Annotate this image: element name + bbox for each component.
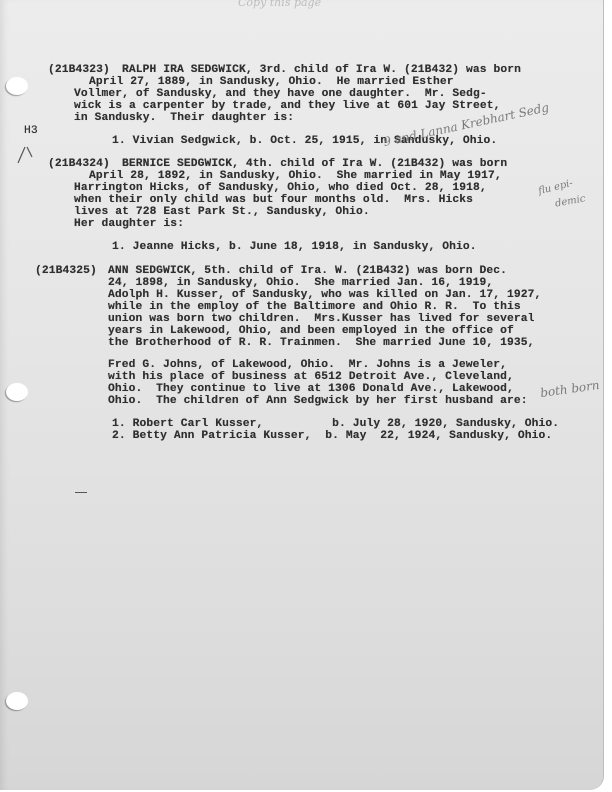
handwritten-header: Copy this page xyxy=(238,0,321,9)
entry-line: Her daughter is: xyxy=(74,218,184,230)
entry-line: Ohio. They continue to live at 1306 Dona… xyxy=(108,383,514,395)
entry-line: with his place of business at 6512 Detro… xyxy=(108,371,514,383)
punch-hole-bottom xyxy=(6,692,28,710)
handwritten-note: demic xyxy=(554,193,586,209)
entry-line: ANN SEDGWICK, 5th. child of Ira. W. (21B… xyxy=(108,265,507,277)
handwritten-note: both born xyxy=(539,378,600,400)
entry-line: union was born two children. Mrs.Kusser … xyxy=(108,313,535,325)
entry-line: RALPH IRA SEDGWICK, 3rd. child of Ira W.… xyxy=(122,64,521,76)
entry-line: Vollmer, of Sandusky, and they have one … xyxy=(74,88,487,100)
margin-note-h3: H3 xyxy=(24,125,38,137)
child-line: 1. Jeanne Hicks, b. June 18, 1918, in Sa… xyxy=(112,241,477,253)
entry-line: wick is a carpenter by trade, and they l… xyxy=(74,100,501,112)
entry-id: (21B4325) xyxy=(35,265,97,277)
entry-line: Fred G. Johns, of Lakewood, Ohio. Mr. Jo… xyxy=(108,359,507,371)
entry-line: lives at 728 East Park St., Sandusky, Oh… xyxy=(74,206,370,218)
entry-line: when their only child was but four month… xyxy=(74,194,473,206)
caret-mark-icon xyxy=(15,143,45,165)
document-page: Copy this page H3 (21B4323) RALPH IRA SE… xyxy=(0,0,604,790)
punch-hole-middle xyxy=(6,383,28,401)
entry-line: 24, 1898, in Sandusky, Ohio. She married… xyxy=(108,277,493,289)
entry-line: the Brotherhood of R. R. Trainmen. She m… xyxy=(108,337,535,349)
entry-id: (21B4324) xyxy=(48,158,110,170)
punch-hole-top xyxy=(6,77,28,95)
entry-line: April 28, 1892, in Sandusky, Ohio. She m… xyxy=(89,170,502,182)
entry-line: April 27, 1889, in Sandusky, Ohio. He ma… xyxy=(89,76,454,88)
entry-line: Harrington Hicks, of Sandusky, Ohio, who… xyxy=(74,182,487,194)
handwritten-note: flu epi- xyxy=(537,178,574,197)
child-line: 1. Robert Carl Kusser, b. July 28, 1920,… xyxy=(112,418,559,430)
child-line: 2. Betty Ann Patricia Kusser, b. May 22,… xyxy=(112,430,552,442)
entry-line: years in Lakewood, Ohio, and been employ… xyxy=(108,325,514,337)
entry-line: BERNICE SEDGWICK, 4th. child of Ira W. (… xyxy=(122,158,507,170)
entry-line: in Sandusky. Their daughter is: xyxy=(74,112,294,124)
entry-line: Adolph H. Kusser, of Sandusky, who was k… xyxy=(108,289,541,301)
entry-id: (21B4323) xyxy=(48,64,110,76)
entry-line: while in the employ of the Baltimore and… xyxy=(108,301,521,313)
entry-line: Ohio. The children of Ann Sedgwick by he… xyxy=(108,395,528,407)
stray-mark xyxy=(75,492,87,493)
